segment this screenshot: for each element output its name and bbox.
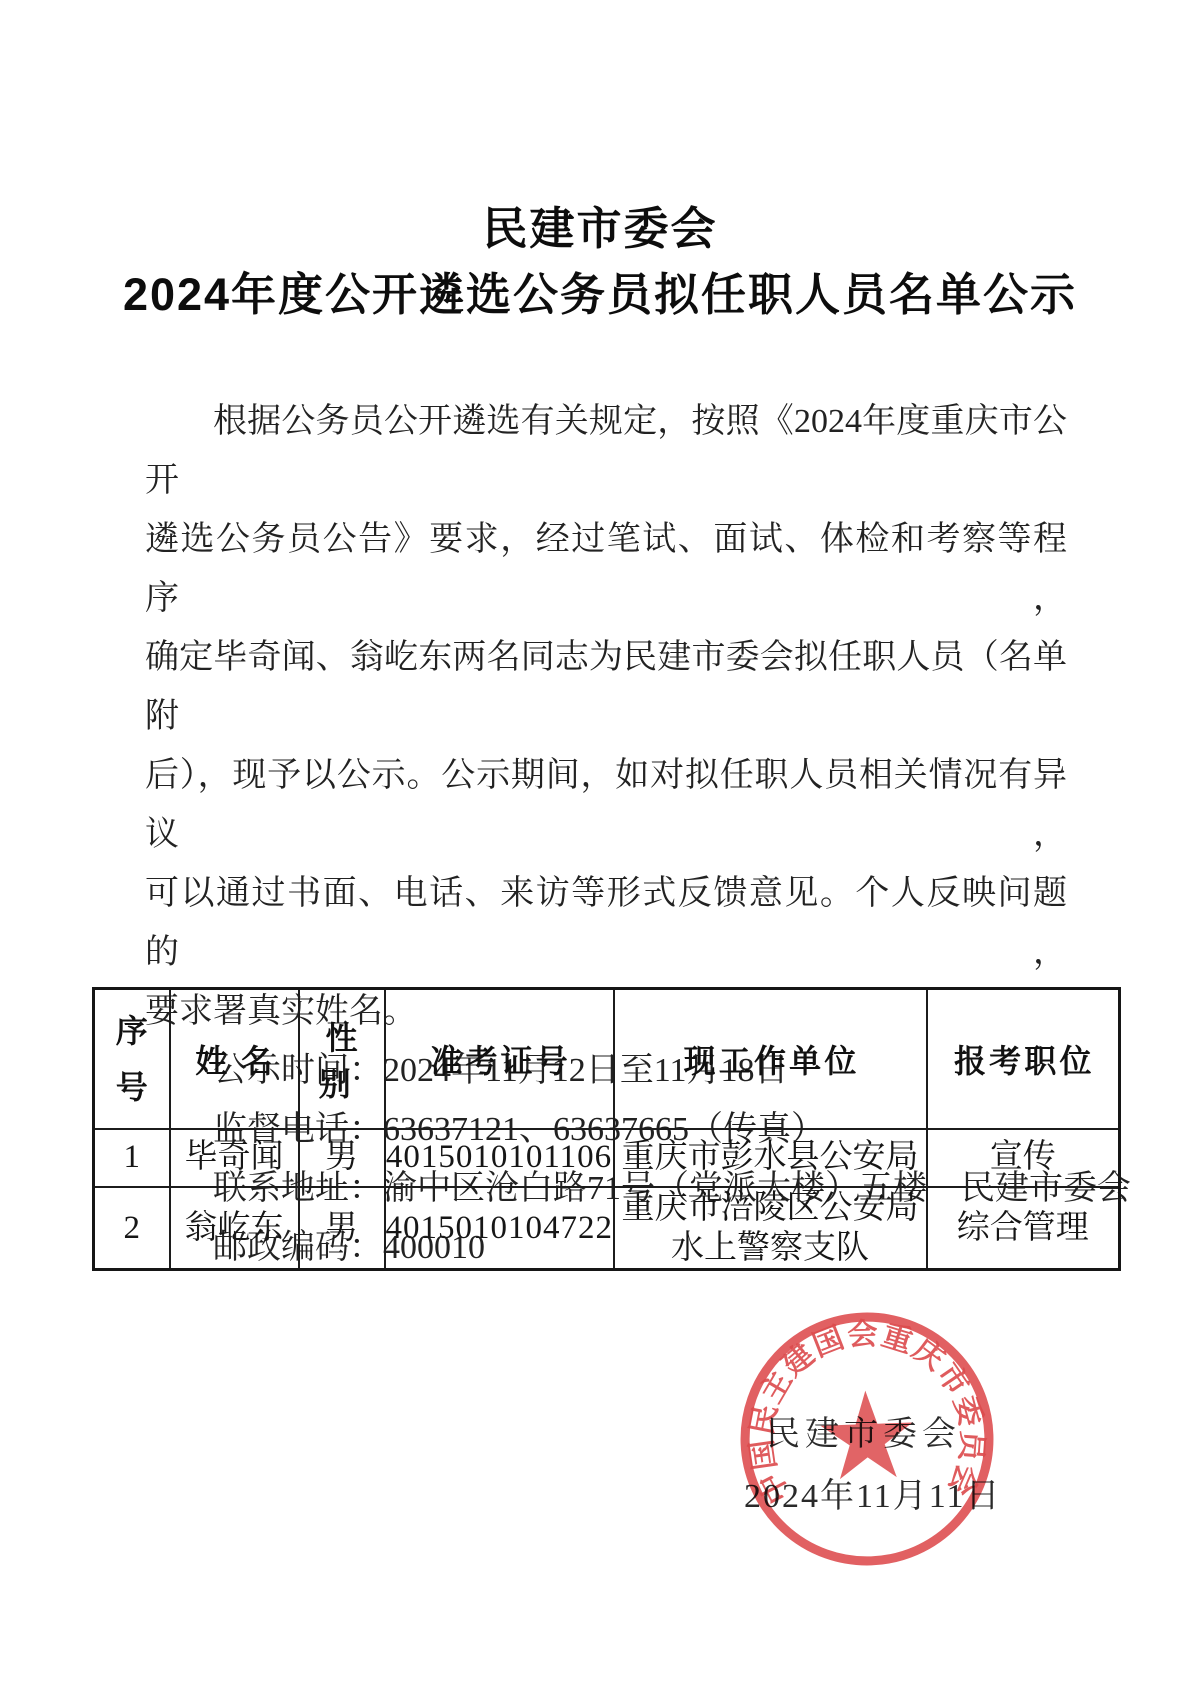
table-header-row: 序号 姓名 性别 准考证号 现工作单位 报考职位 bbox=[94, 989, 1120, 1129]
col-header-name: 姓名 bbox=[170, 989, 299, 1129]
document-header: 民建市委会 2024年度公开遴选公务员拟任职人员名单公示 bbox=[0, 196, 1200, 328]
official-seal: 中国民主建国会重庆市委员会 bbox=[732, 1304, 1003, 1575]
cell-name: 毕奇闻 bbox=[170, 1129, 299, 1187]
candidates-table: 序号 姓名 性别 准考证号 现工作单位 报考职位 1 毕奇闻 男 4015010… bbox=[92, 987, 1121, 1271]
table-row: 1 毕奇闻 男 4015010101106 重庆市彭水县公安局 宣传 bbox=[94, 1129, 1120, 1187]
scanned-notice-page: 民建市委会 2024年度公开遴选公务员拟任职人员名单公示 根据公务员公开遴选有关… bbox=[0, 0, 1200, 1697]
cell-number: 1 bbox=[94, 1129, 170, 1187]
cell-unit: 重庆市涪陵区公安局水上警察支队 bbox=[614, 1187, 927, 1270]
paragraph-line: 遴选公务员公告》要求，经过笔试、面试、体检和考察等程序， bbox=[145, 510, 1067, 628]
paragraph-line: 可以通过书面、电话、来访等形式反馈意见。个人反映问题的， bbox=[145, 864, 1067, 982]
doc-title-line2: 2024年度公开遴选公务员拟任职人员名单公示 bbox=[0, 262, 1200, 328]
col-header-number: 序号 bbox=[94, 989, 170, 1129]
cell-gender: 男 bbox=[299, 1129, 385, 1187]
cell-unit: 重庆市彭水县公安局 bbox=[614, 1129, 927, 1187]
cell-ticket: 4015010101106 bbox=[385, 1129, 614, 1187]
cell-ticket: 4015010104722 bbox=[385, 1187, 614, 1270]
cell-position: 综合管理 bbox=[927, 1187, 1120, 1270]
paragraph-line: 根据公务员公开遴选有关规定，按照《2024年度重庆市公开 bbox=[145, 392, 1067, 510]
doc-title-line1: 民建市委会 bbox=[0, 196, 1200, 262]
cell-name: 翁屹东 bbox=[170, 1187, 299, 1270]
cell-number: 2 bbox=[94, 1187, 170, 1270]
paragraph-line: 后），现予以公示。公示期间，如对拟任职人员相关情况有异议， bbox=[145, 746, 1067, 864]
col-header-gender: 性别 bbox=[299, 989, 385, 1129]
table-row: 2 翁屹东 男 4015010104722 重庆市涪陵区公安局水上警察支队 综合… bbox=[94, 1187, 1120, 1270]
col-header-unit: 现工作单位 bbox=[614, 989, 927, 1129]
col-header-position: 报考职位 bbox=[927, 989, 1120, 1129]
col-header-ticket: 准考证号 bbox=[385, 989, 614, 1129]
cell-gender: 男 bbox=[299, 1187, 385, 1270]
paragraph-line: 确定毕奇闻、翁屹东两名同志为民建市委会拟任职人员（名单附 bbox=[145, 628, 1067, 746]
cell-position: 宣传 bbox=[927, 1129, 1120, 1187]
seal-star-icon bbox=[819, 1389, 914, 1480]
